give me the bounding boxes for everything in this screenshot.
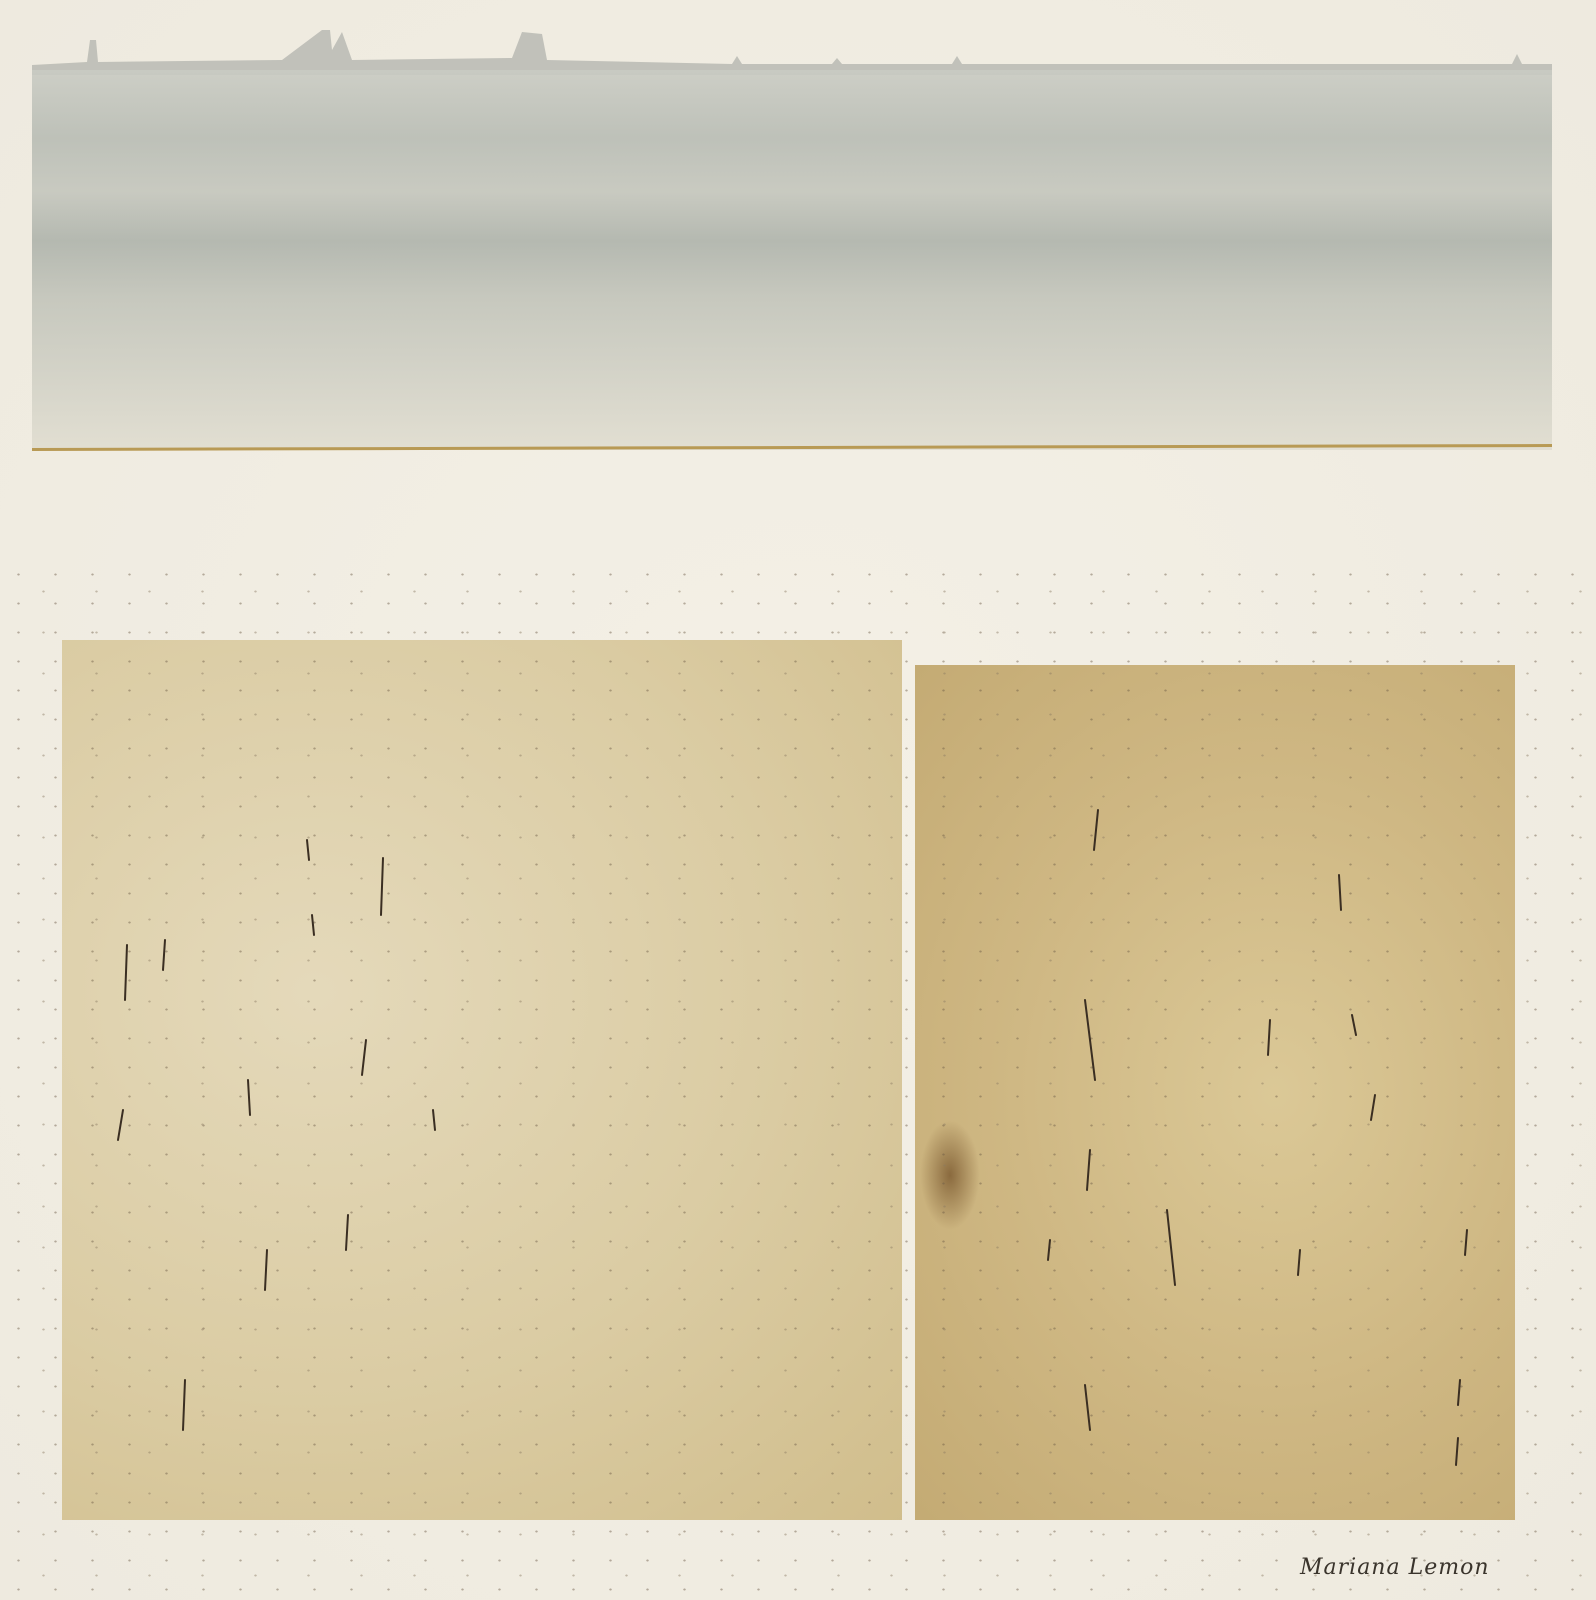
- painting-canvas: Mariana Lemon: [0, 0, 1596, 1600]
- vertical-strokes: [0, 0, 1596, 1600]
- artist-signature: Mariana Lemon: [1300, 1555, 1490, 1580]
